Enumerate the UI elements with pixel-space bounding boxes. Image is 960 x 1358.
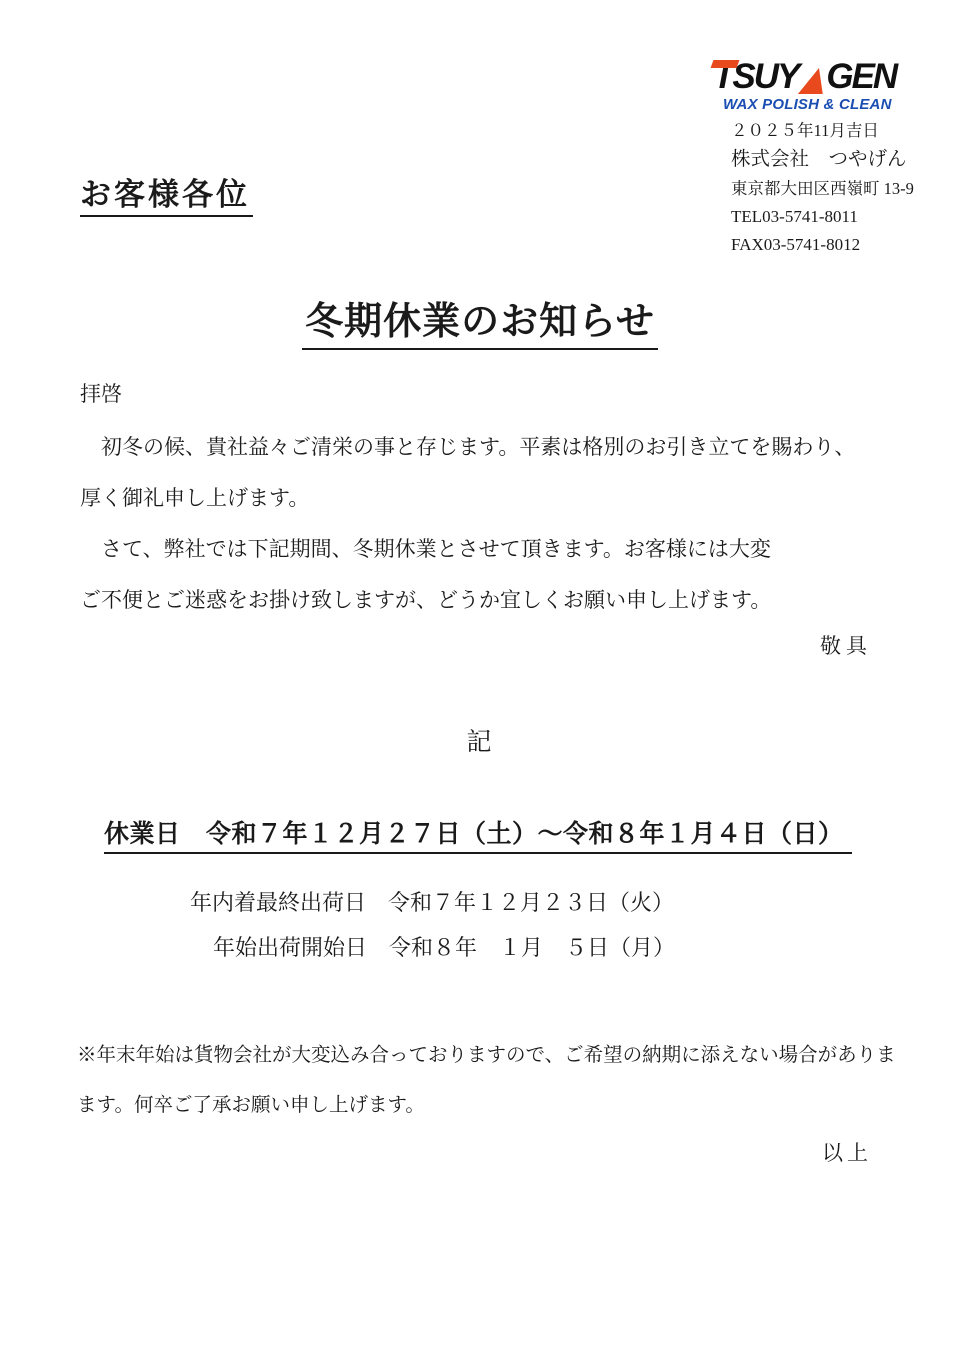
logo-tagline: WAX POLISH & CLEAN xyxy=(713,96,913,113)
note-line1: ※年末年始は貨物会社が大変込み合っておりますので、ご希望の納期に添えない場合があ… xyxy=(77,1039,896,1067)
salutation: 拝啓 xyxy=(80,378,122,408)
document-title-text: 冬期休業のお知らせ xyxy=(302,301,658,350)
logo-t-accent-bar-icon xyxy=(711,60,740,68)
company-fax: FAX03-5741-8012 xyxy=(731,235,914,255)
sender-info-block: ２０２５年11月吉日 株式会社 つやげん 東京都大田区西嶺町 13-9 TEL0… xyxy=(731,121,914,256)
recipient-line: お客様各位 xyxy=(80,169,253,214)
company-tel: TEL03-5741-8011 xyxy=(731,207,914,227)
body-paragraph1-line2: 厚く御礼申し上げます。 xyxy=(80,482,309,512)
note-line2: ます。何卒ご了承お願い申し上げます。 xyxy=(77,1089,425,1117)
company-name: 株式会社 つやげん xyxy=(731,148,914,171)
first-shipping-line: 年始出荷開始日 令和８年 １月 ５日（月） xyxy=(213,931,675,962)
recipient-text: お客様各位 xyxy=(80,177,253,217)
issue-date: ２０２５年11月吉日 xyxy=(731,121,914,141)
logo-a-triangle-icon xyxy=(796,68,829,94)
logo-brand-right-text: GEN xyxy=(826,59,896,94)
body-paragraph2-line1: さて、弊社では下記期間、冬期休業とさせて頂きます。お客様には大変 xyxy=(80,533,771,563)
company-address: 東京都大田区西嶺町 13-9 xyxy=(731,179,914,199)
closing-word: 敬具 xyxy=(820,630,872,660)
closure-period-line: 休業日 令和７年１２月２７日（土）～令和８年１月４日（日） xyxy=(104,814,852,850)
body-paragraph1-line1: 初冬の候、貴社益々ご清栄の事と存じます。平素は格別のお引き立てを賜わり、 xyxy=(80,431,855,461)
closure-period-text: 休業日 令和７年１２月２７日（土）～令和８年１月４日（日） xyxy=(104,821,852,854)
end-mark: 以上 xyxy=(822,1137,872,1167)
document-page: TSUY GEN WAX POLISH & CLEAN ２０２５年11月吉日 株… xyxy=(0,0,960,1358)
company-logo: TSUY GEN WAX POLISH & CLEAN xyxy=(713,56,913,113)
logo-brand-left-wrap: TSUY xyxy=(713,59,798,94)
document-title: 冬期休業のお知らせ xyxy=(0,290,960,345)
logo-brand-row: TSUY GEN xyxy=(713,56,913,94)
last-shipping-line: 年内着最終出荷日 令和７年１２月２３日（火） xyxy=(190,886,674,917)
record-mark: 記 xyxy=(0,722,960,758)
body-paragraph2-line2: ご不便とご迷惑をお掛け致しますが、どうか宜しくお願い申し上げます。 xyxy=(80,584,771,614)
